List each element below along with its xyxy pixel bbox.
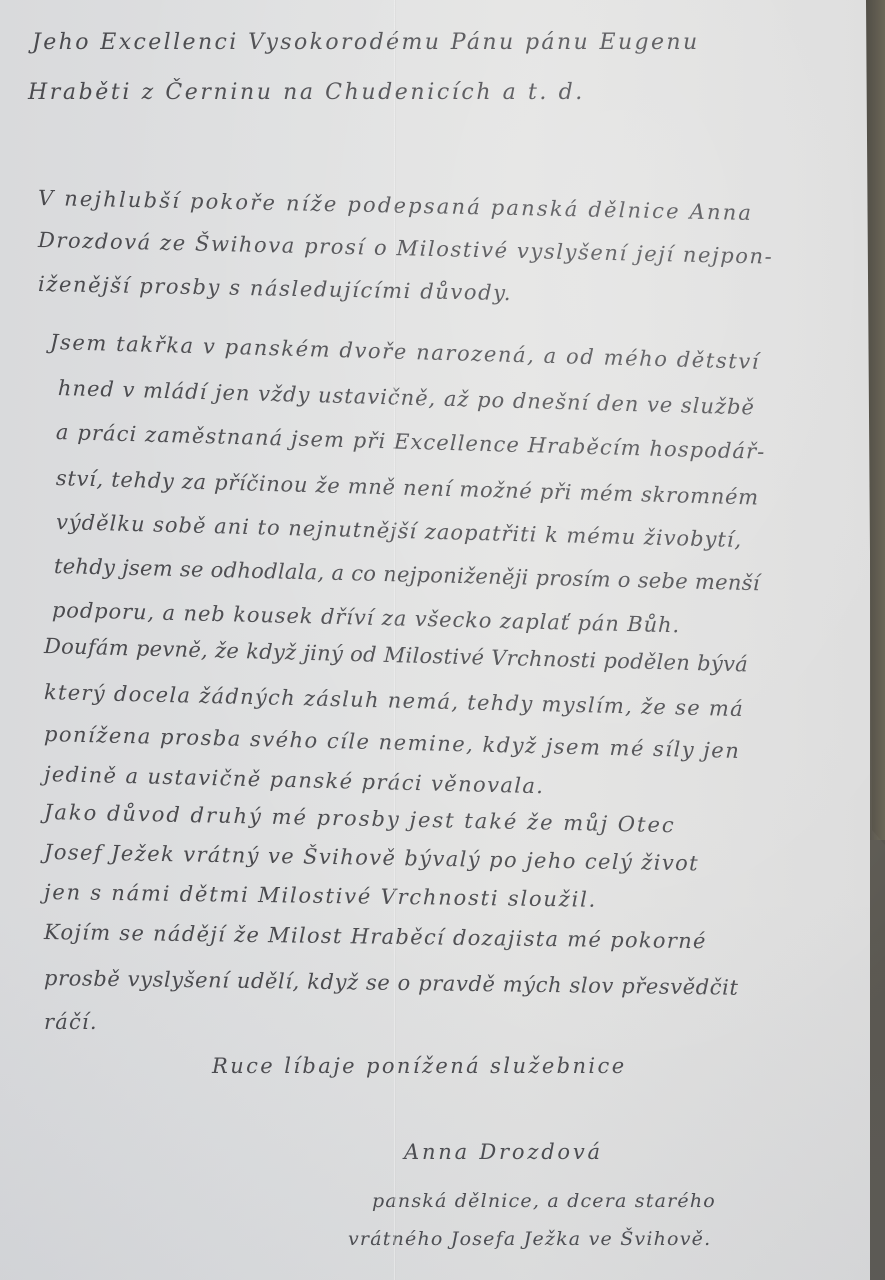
body-line: Jako důvod druhý mé prosby jest také že … [44,800,676,837]
body-line: Doufám pevně, že když jiný od Milostivé … [44,634,749,676]
body-line: ponížena prosba svého cíle nemine, když … [44,722,741,763]
body-line: a práci zaměstnaná jsem při Excellence H… [56,420,766,464]
body-line: Jsem takřka v panském dvoře narozená, a … [50,330,761,374]
address-line: Jeho Excellenci Vysokorodému Pánu pánu E… [32,30,700,55]
body-line: prosbě vyslyšení udělí, když se o pravdě… [44,966,739,1000]
body-line: jedině a ustavičně panské práci věnovala… [44,762,545,798]
body-line: iženější prosby s následujícími důvody. [38,272,513,305]
body-line: V nejhlubší pokoře níže podepsaná panská… [38,186,754,225]
body-line: který docela žádných zásluh nemá, tehdy … [44,680,745,721]
signature-title-line: panská dělnice, a dcera starého [372,1190,716,1212]
address-line: Hraběti z Černinu na Chudenicích a t. d. [28,80,585,105]
body-line: podporu, a neb kousek dříví za všecko za… [52,598,681,637]
body-line: Drozdová ze Šwihova prosí o Milostivé vy… [38,228,774,269]
body-line: tehdy jsem se odhodlala, a co nejponižen… [54,554,760,595]
letter-page: Jeho Excellenci Vysokorodému Pánu pánu E… [0,0,870,1280]
body-line: Kojím se nádějí že Milost Hraběcí dozaji… [44,920,707,953]
closing-line: Ruce líbaje ponížená služebnice [212,1054,627,1078]
body-line: jen s námi dětmi Milostivé Vrchnosti slo… [44,880,597,912]
body-line: Josef Ježek vrátný ve Švihově bývalý po … [44,840,699,875]
body-line: hned v mládí jen vždy ustavičně, až po d… [58,376,756,419]
body-line: ství, tehdy za příčinou že mně není možn… [56,466,759,510]
body-line: výdělku sobě ani to nejnutnější zaopatři… [56,510,743,552]
signature-name: Anna Drozdová [404,1140,603,1164]
body-line: ráčí. [44,1010,98,1034]
signature-title-line: vrátného Josefa Ježka ve Švihově. [348,1228,711,1250]
